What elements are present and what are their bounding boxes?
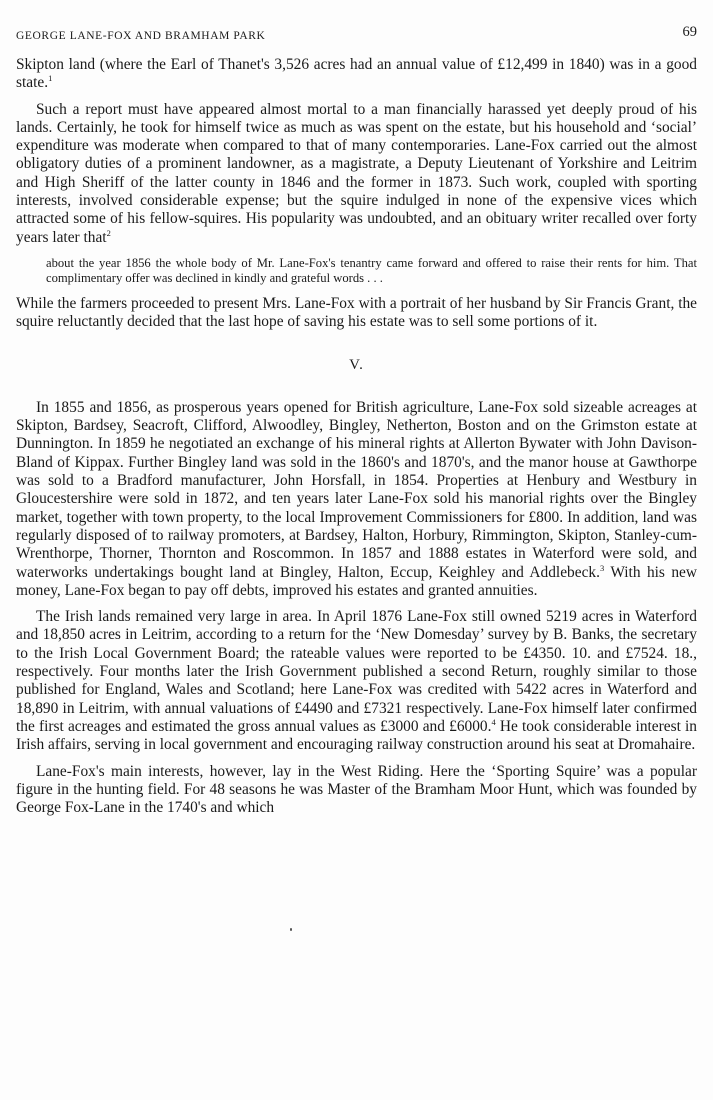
block-quote: about the year 1856 the whole body of Mr… [16, 256, 697, 287]
paragraph-text: The Irish lands remained very large in a… [16, 608, 697, 735]
page-number: 69 [683, 24, 698, 41]
running-title: George Lane-Fox and Bramham Park [16, 30, 265, 42]
scan-speck [20, 706, 22, 708]
paragraph-text: Such a report must have appeared almost … [16, 101, 697, 246]
body-text: Skipton land (where the Earl of Thanet's… [16, 56, 697, 817]
footnote-marker[interactable]: 1 [48, 73, 52, 83]
paragraph-west-riding: Lane-Fox's main interests, however, lay … [16, 763, 697, 818]
paragraph-text: Skipton land (where the Earl of Thanet's… [16, 56, 697, 91]
paragraph-report: Such a report must have appeared almost … [16, 101, 697, 247]
scan-speck [290, 928, 292, 931]
running-header: George Lane-Fox and Bramham Park 69 [16, 24, 697, 48]
paragraph-skipton-land: Skipton land (where the Earl of Thanet's… [16, 56, 697, 93]
paragraph-text: In 1855 and 1856, as prosperous years op… [16, 399, 697, 581]
footnote-marker[interactable]: 2 [107, 228, 111, 238]
paragraph-irish-lands: The Irish lands remained very large in a… [16, 608, 697, 754]
paragraph-sales: In 1855 and 1856, as prosperous years op… [16, 399, 697, 600]
paragraph-after-quote: While the farmers proceeded to present M… [16, 295, 697, 332]
paragraph-text: Lane-Fox's main interests, however, lay … [16, 763, 697, 817]
section-heading: V. [16, 356, 697, 374]
